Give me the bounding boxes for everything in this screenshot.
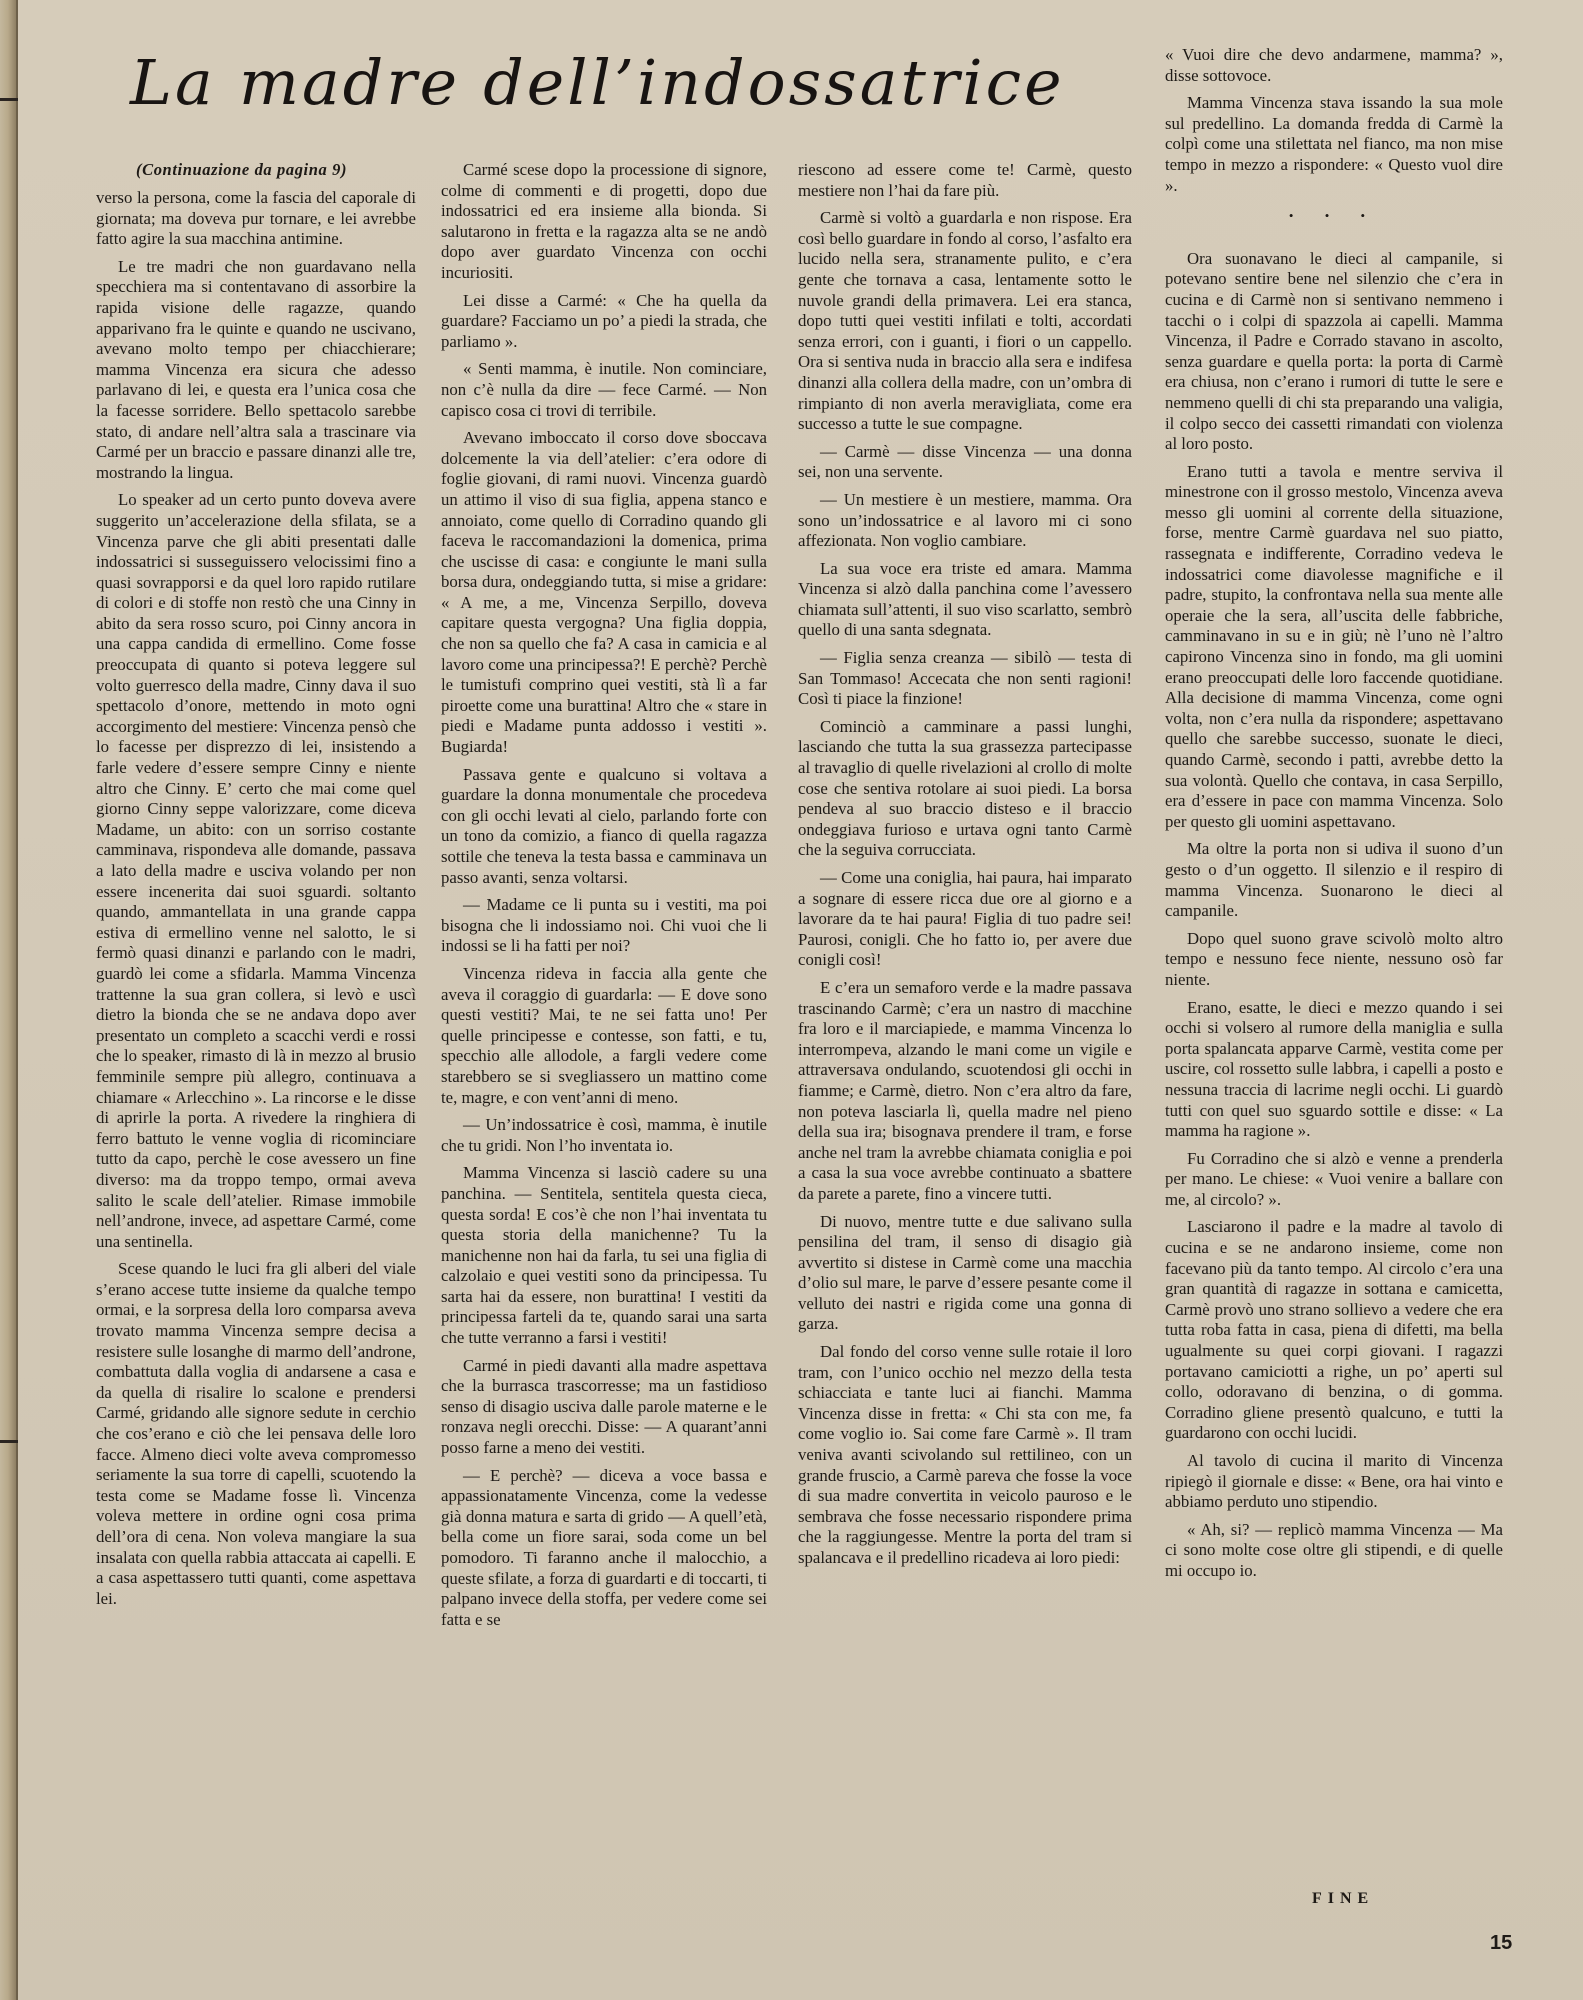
paragraph: Carmé in piedi davanti alla madre aspett… [441, 1356, 767, 1459]
paragraph: Vincenza rideva in faccia alla gente che… [441, 964, 767, 1108]
paragraph: — Un mestiere è un mestiere, mamma. Ora … [798, 490, 1132, 552]
paragraph: Lei disse a Carmé: « Che ha quella da gu… [441, 291, 767, 353]
text-column-2: Carmé scese dopo la processione di signo… [441, 160, 767, 1637]
paragraph: Cominciò a camminare a passi lunghi, las… [798, 717, 1132, 861]
paragraph: Di nuovo, mentre tutte e due salivano su… [798, 1212, 1132, 1336]
paragraph: Al tavolo di cucina il marito di Vincenz… [1165, 1451, 1503, 1513]
binding-staple-mark [0, 98, 18, 101]
paragraph: — Un’indossatrice è così, mamma, è inuti… [441, 1115, 767, 1156]
page-number: 15 [1490, 1932, 1512, 1955]
paragraph: — Come una coniglia, hai paura, hai impa… [798, 868, 1132, 971]
paragraph: Dal fondo del corso venne sulle rotaie i… [798, 1342, 1132, 1569]
paragraph: riescono ad essere come te! Carmè, quest… [798, 160, 1132, 201]
paragraph: Passava gente e qualcuno si voltava a gu… [441, 765, 767, 889]
paragraph: — Figlia senza creanza — sibilò — testa … [798, 648, 1132, 710]
paragraph: Ora suonavano le dieci al campanile, si … [1165, 249, 1503, 455]
text-column-3: riescono ad essere come te! Carmè, quest… [798, 160, 1132, 1576]
paragraph: La sua voce era triste ed amara. Mamma V… [798, 559, 1132, 641]
paragraph: Mamma Vincenza si lasciò cadere su una p… [441, 1163, 767, 1348]
text-column-4: « Vuoi dire che devo andarmene, mamma? »… [1165, 45, 1503, 1589]
paragraph: Dopo quel suono grave scivolò molto altr… [1165, 929, 1503, 991]
section-separator: • • • [1165, 206, 1503, 227]
end-mark: FINE [1312, 1890, 1374, 1908]
paragraph: Le tre madri che non guardavano nella sp… [96, 257, 416, 484]
paragraph: verso la persona, come la fascia del cap… [96, 188, 416, 250]
paragraph: — E perchè? — diceva a voce bassa e appa… [441, 1466, 767, 1631]
paragraph: Carmè si voltò a guardarla e non rispose… [798, 208, 1132, 435]
paragraph: Ma oltre la porta non si udiva il suono … [1165, 839, 1503, 921]
text-column-1: verso la persona, come la fascia del cap… [96, 188, 416, 1616]
page-binding-edge [0, 0, 18, 2000]
paragraph: Lasciarono il padre e la madre al tavolo… [1165, 1217, 1503, 1444]
paragraph: E c’era un semaforo verde e la madre pas… [798, 978, 1132, 1205]
paragraph: — Carmè — disse Vincenza — una donna sei… [798, 442, 1132, 483]
paragraph: — Madame ce li punta su i vestiti, ma po… [441, 895, 767, 957]
continuation-note: (Continuazione da pagina 9) [136, 160, 347, 180]
paragraph: Scese quando le luci fra gli alberi del … [96, 1259, 416, 1609]
paragraph: « Vuoi dire che devo andarmene, mamma? »… [1165, 45, 1503, 86]
paragraph: « Senti mamma, è inutile. Non cominciare… [441, 359, 767, 421]
paragraph: Lo speaker ad un certo punto doveva aver… [96, 490, 416, 1252]
paragraph: Avevano imboccato il corso dove sboccava… [441, 428, 767, 758]
paragraph: « Ah, si? — replicò mamma Vincenza — Ma … [1165, 1520, 1503, 1582]
paragraph: Carmé scese dopo la processione di signo… [441, 160, 767, 284]
paragraph: Erano tutti a tavola e mentre serviva il… [1165, 462, 1503, 833]
binding-staple-mark [0, 1440, 18, 1443]
magazine-page: La madre dell’indossatrice (Continuazion… [0, 0, 1583, 2000]
paragraph: Erano, esatte, le dieci e mezzo quando i… [1165, 998, 1503, 1142]
paragraph: Fu Corradino che si alzò e venne a prend… [1165, 1149, 1503, 1211]
paragraph: Mamma Vincenza stava issando la sua mole… [1165, 93, 1503, 196]
article-title: La madre dell’indossatrice [130, 46, 1065, 119]
